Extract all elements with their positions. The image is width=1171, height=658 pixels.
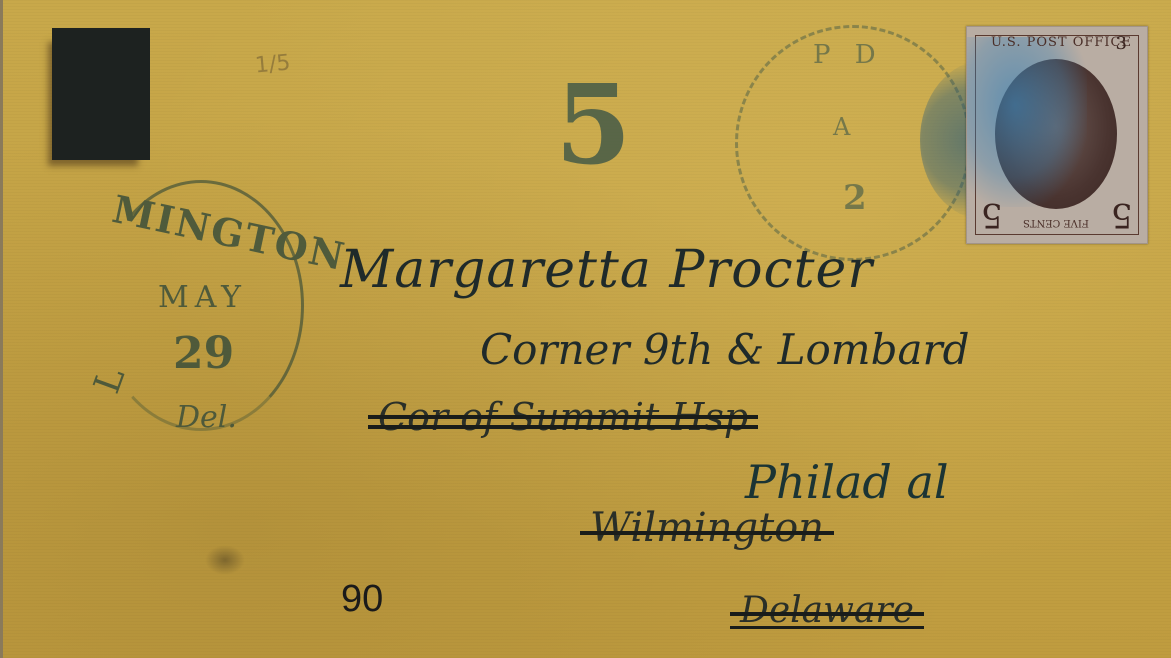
stamp-cancel-overlay — [967, 37, 1087, 207]
rate-marking: 5 — [555, 70, 632, 180]
stamp-bottom-text: FIVE CENTS — [1023, 217, 1089, 228]
postal-cover: 1/5 L MINGTON MAY 29 Del. 5 P D A 2 U.S.… — [0, 0, 1171, 658]
postmark-state: Del. — [176, 400, 237, 435]
struck-city: Wilmington — [590, 505, 824, 551]
postmark-right-day: 2 — [843, 178, 867, 218]
struck-address-line: Cor of Summit Hsp — [378, 395, 748, 439]
lot-number: 90 — [341, 578, 383, 621]
strikethrough-line — [368, 425, 758, 429]
strikethrough-line — [368, 415, 758, 419]
strikethrough-line — [580, 531, 834, 535]
black-label — [52, 28, 150, 160]
circular-date-stamp-left: L MINGTON MAY 29 Del. — [98, 180, 308, 440]
struck-state: Delaware — [740, 590, 914, 631]
underline — [730, 626, 924, 629]
ink-smudge — [205, 545, 245, 575]
postmark-right-top: P D — [813, 40, 884, 70]
stamp-corner-mark: 3 — [1116, 33, 1127, 54]
addressee-name: Margaretta Procter — [340, 240, 873, 300]
postmark-month: MAY — [158, 280, 247, 315]
struck-state-text: Delaware — [740, 590, 914, 631]
address-street: Corner 9th & Lombard — [480, 325, 969, 374]
struck-city-text: Wilmington — [590, 505, 824, 551]
stamp-value-right: 5 — [1111, 195, 1133, 235]
pencil-note: 1/5 — [254, 51, 291, 79]
postage-stamp: U.S. POST OFFICE 3 5 FIVE CENTS 5 — [966, 26, 1148, 244]
stamp-value-left: 5 — [981, 195, 1003, 235]
scan-edge — [0, 0, 3, 658]
forwarded-city: Philad al — [745, 455, 949, 509]
postmark-day: 29 — [173, 328, 234, 379]
postmark-right-month: A — [833, 113, 850, 141]
stamp-top-text: U.S. POST OFFICE — [991, 35, 1132, 50]
strikethrough-line — [730, 612, 924, 616]
